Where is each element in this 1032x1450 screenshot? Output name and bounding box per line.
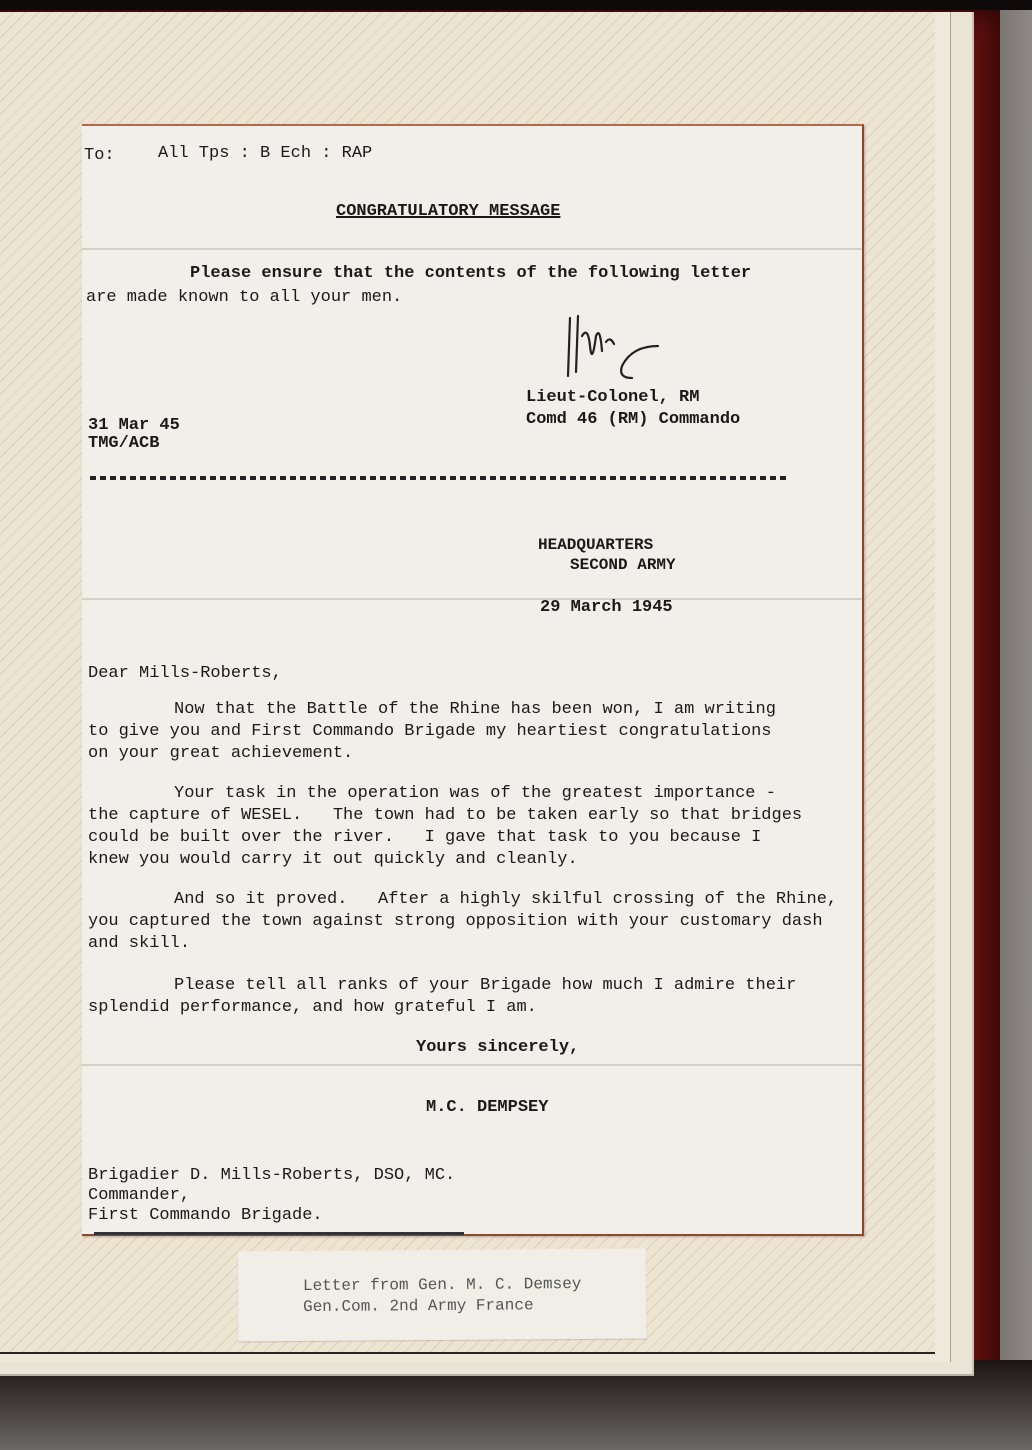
paragraph-2-line: could be built over the river. I gave th… xyxy=(88,828,761,847)
handwritten-signature xyxy=(562,306,672,386)
recipient-line2: Commander, xyxy=(88,1186,190,1205)
paragraph-1-line: Now that the Battle of the Rhine has bee… xyxy=(174,700,776,719)
caption-line1: Letter from Gen. M. C. Demsey xyxy=(303,1275,582,1295)
background-surface xyxy=(1000,10,1032,1370)
album-page: To: All Tps : B Ech : RAP CONGRATULATORY… xyxy=(0,12,935,1354)
paragraph-3-line: and skill. xyxy=(88,934,190,953)
paper-fold xyxy=(82,248,862,250)
typed-letter: To: All Tps : B Ech : RAP CONGRATULATORY… xyxy=(82,124,864,1236)
memo-signer-unit: Comd 46 (RM) Commando xyxy=(526,410,740,429)
closing: Yours sincerely, xyxy=(416,1038,579,1057)
paragraph-1-line: on your great achievement. xyxy=(88,744,353,763)
memo-body-line2: are made known to all your men. xyxy=(86,288,402,307)
paragraph-3-line: you captured the town against strong opp… xyxy=(88,912,823,931)
paragraph-2-line: Your task in the operation was of the gr… xyxy=(174,784,776,803)
salutation: Dear Mills-Roberts, xyxy=(88,664,282,683)
memo-reference: TMG/ACB xyxy=(88,434,159,453)
memo-date: 31 Mar 45 xyxy=(88,416,180,435)
recipient-line1: Brigadier D. Mills-Roberts, DSO, MC. xyxy=(88,1166,455,1185)
paper-fold xyxy=(82,1064,862,1066)
caption-label: Letter from Gen. M. C. Demsey Gen.Com. 2… xyxy=(238,1249,647,1342)
to-recipients: All Tps : B Ech : RAP xyxy=(158,144,372,163)
signatory-name: M.C. DEMPSEY xyxy=(426,1098,548,1117)
caption-line2: Gen.Com. 2nd Army France xyxy=(303,1296,534,1316)
paragraph-2-line: the capture of WESEL. The town had to be… xyxy=(88,806,802,825)
to-label: To: xyxy=(84,146,115,165)
paragraph-2-line: knew you would carry it out quickly and … xyxy=(88,850,578,869)
recipient-line3: First Commando Brigade. xyxy=(88,1206,323,1225)
paragraph-3-line: And so it proved. After a highly skilful… xyxy=(174,890,837,909)
memo-title: CONGRATULATORY MESSAGE xyxy=(336,202,560,221)
paragraph-4-line: splendid performance, and how grateful I… xyxy=(88,998,537,1017)
bottom-rule xyxy=(94,1232,464,1235)
hq-line1: HEADQUARTERS xyxy=(538,536,653,554)
memo-signer-rank: Lieut-Colonel, RM xyxy=(526,388,699,407)
separator-line xyxy=(90,476,790,480)
memo-body-line1: Please ensure that the contents of the f… xyxy=(190,264,751,283)
paragraph-1-line: to give you and First Commando Brigade m… xyxy=(88,722,772,741)
paragraph-4-line: Please tell all ranks of your Brigade ho… xyxy=(174,976,796,995)
hq-line2: SECOND ARMY xyxy=(570,556,676,574)
paper-fold xyxy=(82,598,862,600)
letter-date: 29 March 1945 xyxy=(540,598,673,617)
